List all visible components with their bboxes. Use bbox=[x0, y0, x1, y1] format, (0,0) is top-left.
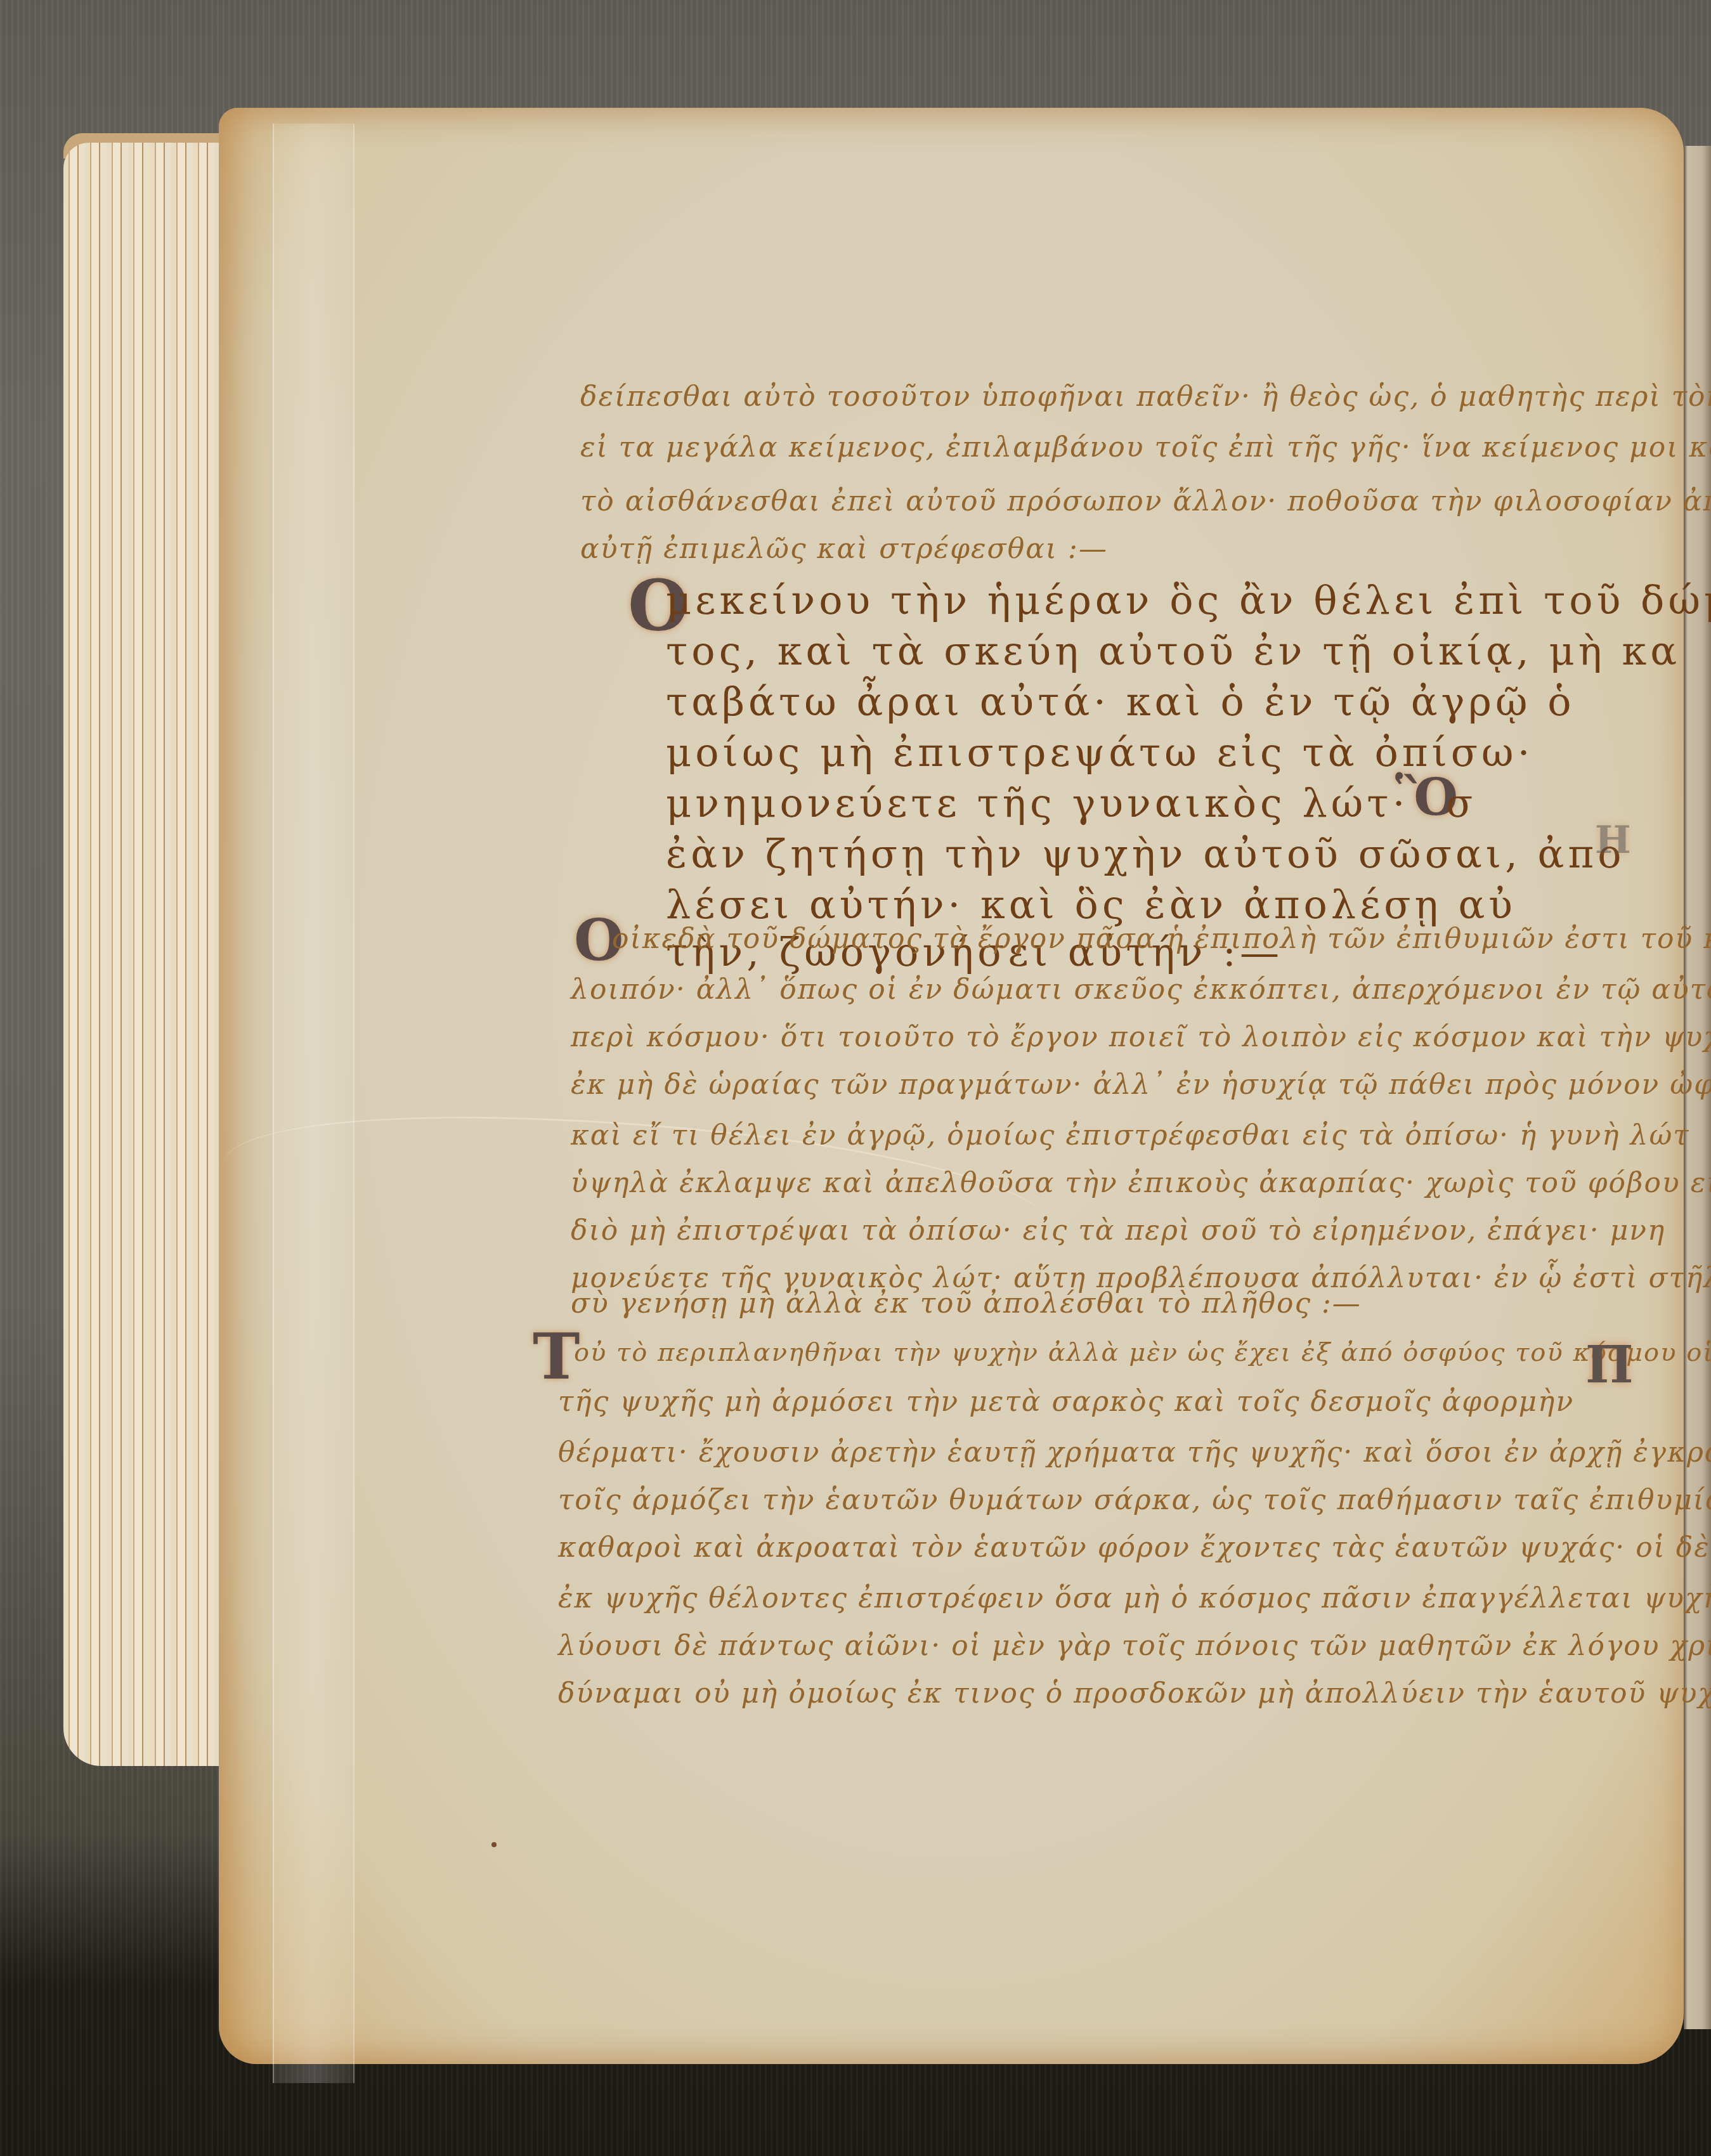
commentary-line: καθαροὶ καὶ ἀκροαταὶ τὸν ἑαυτῶν φόρον ἔχ… bbox=[558, 1531, 1710, 1564]
commentary-line: δύναμαι οὐ μὴ ὀμοίως ἐκ τινος ὁ προσδοκῶ… bbox=[558, 1677, 1711, 1710]
commentary-line: περὶ κόσμου· ὅτι τοιοῦτο τὸ ἔργον ποιεῖ … bbox=[571, 1021, 1711, 1053]
commentary-line: ὑψηλὰ ἐκλαμψε καὶ ἀπελθοῦσα τὴν ἐπικοὺς … bbox=[571, 1167, 1711, 1199]
lemma-line: ταβάτω ἆραι αὐτά· καὶ ὁ ἐν τῷ ἀγρῷ ὁ bbox=[666, 679, 1575, 725]
commentary-initial: Τ bbox=[533, 1319, 580, 1394]
lemma-line: ἐὰν ζητήσῃ τὴν ψυχὴν αὐτοῦ σῶσαι, ἀπο bbox=[666, 831, 1625, 877]
lemma-inline-suffix: σ bbox=[1446, 780, 1476, 826]
commentary-line: ἐκ ψυχῆς θέλοντες ἐπιστρέφειν ὅσα μὴ ὁ κ… bbox=[558, 1582, 1711, 1614]
repair-tape-strip bbox=[273, 124, 355, 2083]
ink-spot bbox=[491, 1842, 497, 1847]
commentary-line: λοιπόν· ἀλλ᾽ ὅπως οἱ ἐν δώματι σκεῦος ἐκ… bbox=[571, 973, 1711, 1006]
commentary-line: καὶ εἴ τι θέλει ἐν ἀγρῷ, ὁμοίως ἐπιστρέφ… bbox=[571, 1119, 1690, 1152]
commentary-line: αὐτῇ ἐπιμελῶς καὶ στρέφεσθαι :— bbox=[580, 533, 1108, 565]
commentary-line: δείπεσθαι αὐτὸ τοσοῦτον ὑποφῆναι παθεῖν·… bbox=[580, 380, 1711, 413]
commentary-line: οὐ τὸ περιπλανηθῆναι τὴν ψυχὴν ἀλλὰ μὲν … bbox=[574, 1338, 1711, 1367]
lemma-line: μνημονεύετε τῆς γυναικὸς λώτ· bbox=[666, 780, 1408, 826]
lemma-line: τος, καὶ τὰ σκεύη αὐτοῦ ἐν τῇ οἰκίᾳ, μὴ … bbox=[666, 628, 1681, 674]
commentary-line: σὺ γενήσῃ μὴ ἀλλὰ ἐκ τοῦ ἀπολέσθαι τὸ πλ… bbox=[571, 1287, 1362, 1320]
lemma-line: μεκείνου τὴν ἡμέραν ὃς ἂν θέλει ἐπὶ τοῦ … bbox=[666, 577, 1711, 623]
commentary-line: τοῖς ἀρμόζει τὴν ἑαυτῶν θυμάτων σάρκα, ὡ… bbox=[558, 1484, 1711, 1516]
commentary-line: λύουσι δὲ πάντως αἰῶνι· οἱ μὲν γὰρ τοῖς … bbox=[558, 1630, 1711, 1662]
lemma-line: λέσει αὐτήν· καὶ ὃς ἐὰν ἀπολέσῃ αὐ bbox=[666, 881, 1516, 928]
commentary-line: τῆς ψυχῆς μὴ ἀρμόσει τὴν μετὰ σαρκὸς καὶ… bbox=[558, 1386, 1574, 1418]
margin-mark-upper: Η bbox=[1595, 818, 1631, 862]
commentary-line: εἰ τα μεγάλα κείμενος, ἐπιλαμβάνου τοῖς … bbox=[580, 431, 1711, 464]
commentary-line: τὸ αἰσθάνεσθαι ἐπεὶ αὐτοῦ πρόσωπον ἄλλον… bbox=[580, 485, 1711, 517]
commentary-line: οἰκεδὰ τοῦ δώματος τὸ ἔργον πᾶσα ἡ ἐπιπο… bbox=[612, 923, 1711, 955]
commentary-line: θέρματι· ἔχουσιν ἀρετὴν ἑαυτῇ χρήματα τῆ… bbox=[558, 1436, 1711, 1469]
margin-mark-lower: Π bbox=[1585, 1335, 1634, 1394]
commentary-line: διὸ μὴ ἐπιστρέψαι τὰ ὀπίσω· εἰς τὰ περὶ … bbox=[571, 1214, 1665, 1247]
commentary-line: ἐκ μὴ δὲ ὡραίας τῶν πραγμάτων· ἀλλ᾽ ἐν ἡ… bbox=[571, 1068, 1711, 1101]
